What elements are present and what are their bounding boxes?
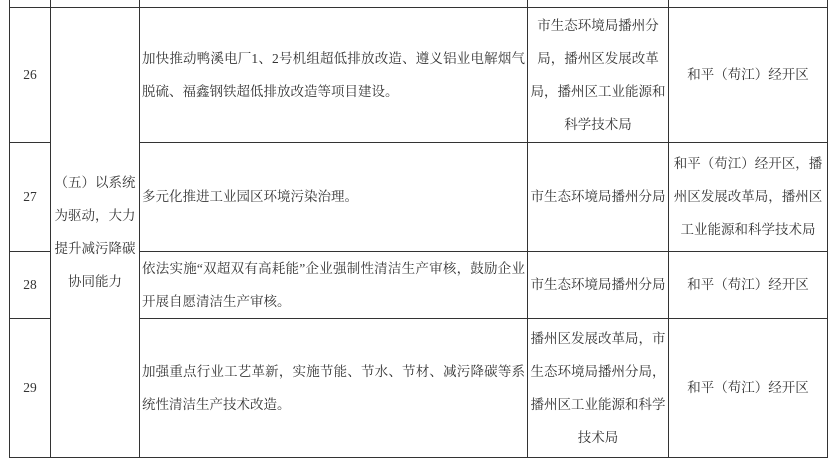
document-page: 26 （五）以系统为驱动，大力提升减污降碳协同能力 加快推动鸭溪电厂1、2号机组… bbox=[0, 0, 835, 464]
department-cell: 播州区发展改革局，市生态环境局播州分局，播州区工业能源和科学技术局 bbox=[528, 318, 669, 457]
area-cell: 和平（苟江）经开区 bbox=[669, 7, 828, 142]
area-cell: 和平（苟江）经开区，播州区发展改革局，播州区工业能源和科学技术局 bbox=[669, 142, 828, 251]
task-cell: 多元化推进工业园区环境污染治理。 bbox=[140, 142, 528, 251]
row-number: 26 bbox=[10, 7, 51, 142]
cell-partial-task bbox=[140, 0, 528, 7]
row-number: 27 bbox=[10, 142, 51, 251]
table-row-26: 26 （五）以系统为驱动，大力提升减污降碳协同能力 加快推动鸭溪电厂1、2号机组… bbox=[10, 7, 828, 142]
department-cell: 市生态环境局播州分局，播州区发展改革局，播州区工业能源和科学技术局 bbox=[528, 7, 669, 142]
row-number: 29 bbox=[10, 318, 51, 457]
category-cell: （五）以系统为驱动，大力提升减污降碳协同能力 bbox=[51, 7, 140, 457]
task-cell: 依法实施“双超双有高耗能”企业强制性清洁生产审核，鼓励企业开展自愿清洁生产审核。 bbox=[140, 251, 528, 318]
cell-partial-category bbox=[51, 0, 140, 7]
task-cell: 加强重点行业工艺革新，实施节能、节水、节材、减污降碳等系统性清洁生产技术改造。 bbox=[140, 318, 528, 457]
task-cell: 加快推动鸭溪电厂1、2号机组超低排放改造、遵义铝业电解烟气脱硫、福鑫钢铁超低排放… bbox=[140, 7, 528, 142]
department-cell: 市生态环境局播州分局 bbox=[528, 142, 669, 251]
area-cell: 和平（苟江）经开区 bbox=[669, 251, 828, 318]
cell-partial-department bbox=[528, 0, 669, 7]
task-table: 26 （五）以系统为驱动，大力提升减污降碳协同能力 加快推动鸭溪电厂1、2号机组… bbox=[9, 0, 828, 458]
table-row-partial bbox=[10, 0, 828, 7]
cell-partial-area bbox=[669, 0, 828, 7]
cell-partial-number bbox=[10, 0, 51, 7]
row-number: 28 bbox=[10, 251, 51, 318]
area-cell: 和平（苟江）经开区 bbox=[669, 318, 828, 457]
department-cell: 市生态环境局播州分局 bbox=[528, 251, 669, 318]
